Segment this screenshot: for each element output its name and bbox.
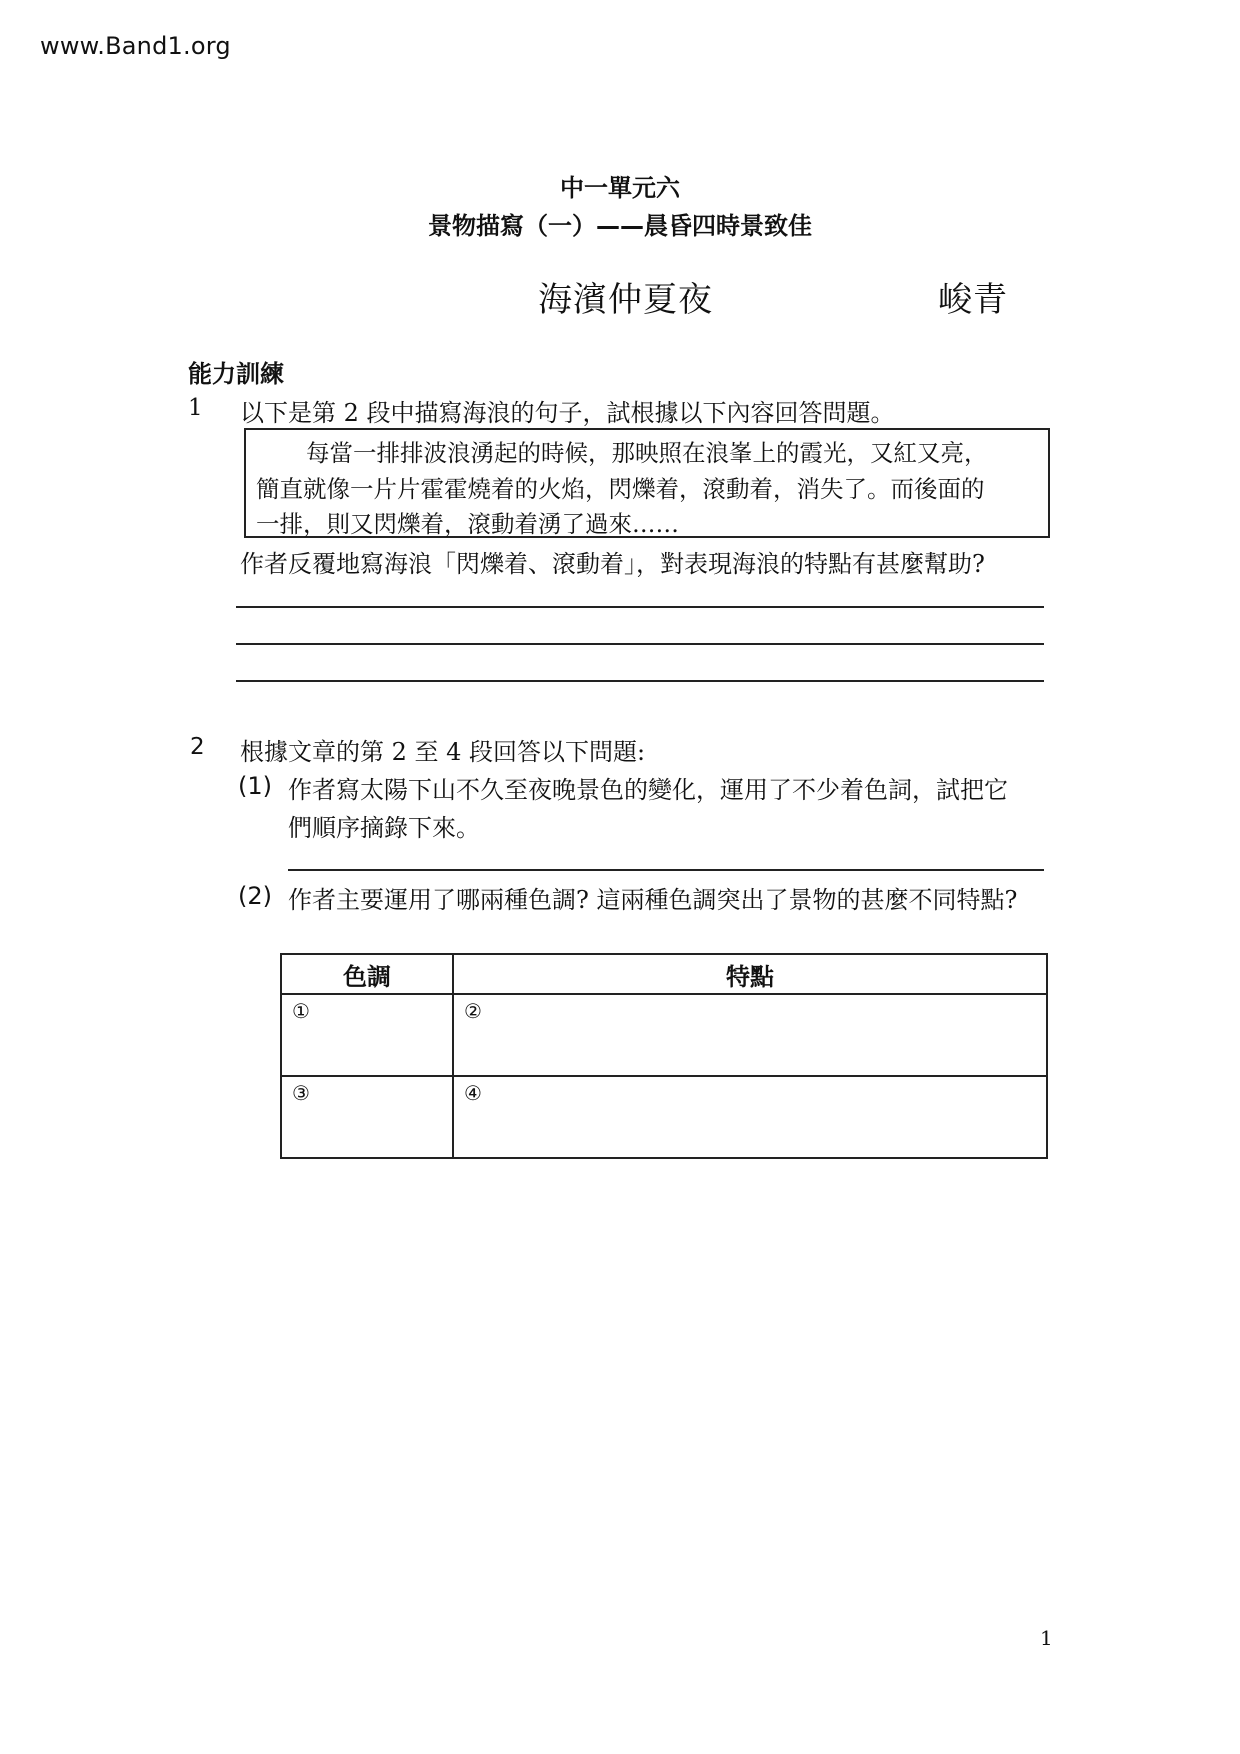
quote-line: 每當一排排波浪湧起的時候，那映照在浪峯上的霞光，又紅又亮， [306,434,988,468]
color-tone-table: 色調 特點 ① ② ③ ④ [280,953,1048,1159]
question-1-prompt: 以下是第 2 段中描寫海浪的句子，試根據以下內容回答問題。 [240,393,895,428]
essay-author: 峻青 [938,272,1008,321]
quote-line: 簡直就像一片片霍霍燒着的火焰，閃爍着，滾動着，消失了。而後面的 [256,470,985,504]
quote-box: 每當一排排波浪湧起的時候，那映照在浪峯上的霞光，又紅又亮， 簡直就像一片片霍霍燒… [244,428,1050,538]
table-header-row: 色調 特點 [281,954,1047,994]
subquestion-2-text: 作者主要運用了哪兩種色調? 這兩種色調突出了景物的甚麼不同特點? [288,880,1017,915]
subquestion-1-number: (1) [238,772,272,800]
answer-line-sub1[interactable] [288,869,1044,871]
answer-cell-4[interactable]: ④ [453,1076,1047,1158]
header-color-tone: 色調 [281,954,453,994]
question-2-prompt: 根據文章的第 2 至 4 段回答以下問題: [240,732,645,767]
question-1-number: 1 [188,395,203,421]
header-feature: 特點 [453,954,1047,994]
unit-subtitle: 景物描寫（一）——晨昏四時景致佳 [0,206,1240,241]
answer-line-2[interactable] [236,643,1044,645]
answer-line-3[interactable] [236,680,1044,682]
unit-title: 中一單元六 [0,168,1240,203]
answer-cell-1[interactable]: ① [281,994,453,1076]
quote-line: 一排，則又閃爍着，滾動着湧了過來…… [256,505,679,539]
subquestion-1-text: 作者寫太陽下山不久至夜晚景色的變化，運用了不少着色詞，試把它 [288,770,1008,805]
subquestion-2-number: (2) [238,882,272,910]
table-row: ① ② [281,994,1047,1076]
essay-title: 海濱仲夏夜 [538,272,713,321]
question-1-ask: 作者反覆地寫海浪「閃爍着、滾動着」，對表現海浪的特點有甚麼幫助? [240,544,985,579]
answer-line-1[interactable] [236,606,1044,608]
page-number: 1 [1040,1626,1053,1650]
section-heading: 能力訓練 [188,354,284,389]
site-watermark: www.Band1.org [40,32,231,60]
answer-cell-3[interactable]: ③ [281,1076,453,1158]
table-row: ③ ④ [281,1076,1047,1158]
subquestion-1-text-cont: 們順序摘錄下來。 [288,808,480,843]
answer-cell-2[interactable]: ② [453,994,1047,1076]
question-2-number: 2 [190,734,205,760]
